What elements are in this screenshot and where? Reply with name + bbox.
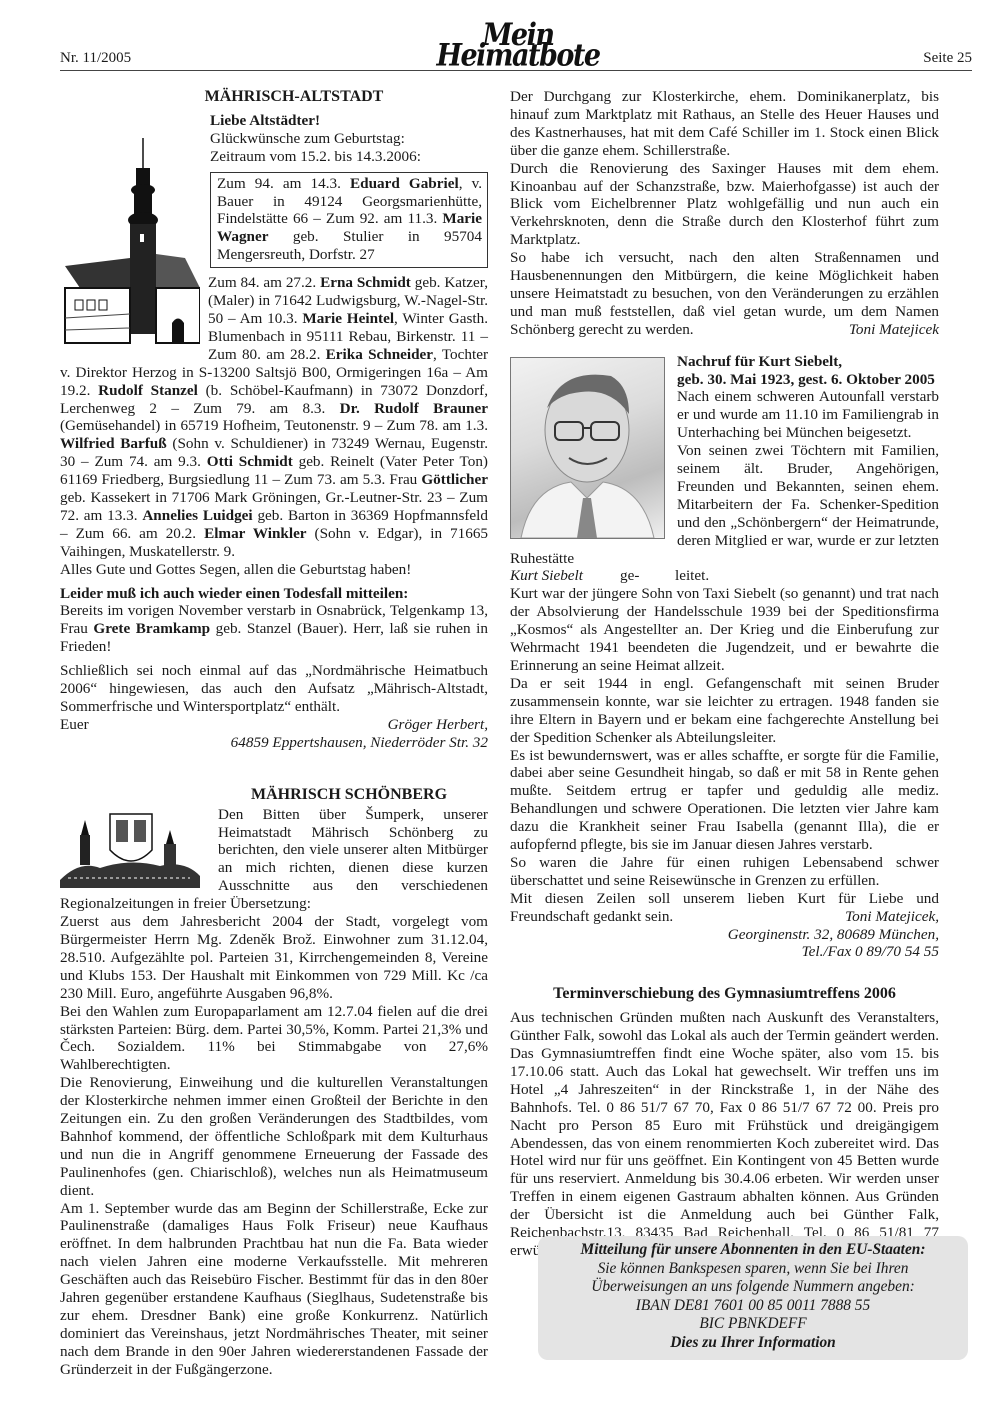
- person-portrait-icon: [511, 358, 664, 538]
- notice-footer: Dies zu Ihrer Information: [538, 1334, 968, 1353]
- author-name: Gröger Herbert,: [388, 716, 488, 734]
- paragraph: Durch die Renovierung des Saxinger Hause…: [510, 160, 939, 250]
- paragraph: Zuerst aus dem Jahresbericht 2004 der St…: [60, 913, 488, 1003]
- iban: IBAN DE81 7601 00 85 0011 7888 55: [538, 1297, 968, 1316]
- notice-title: Mitteilung für unsere Abonnenten in den …: [538, 1241, 968, 1260]
- article-maehrisch-altstadt: MÄHRISCH-ALTSTADT L: [60, 88, 488, 752]
- author-address: Georginenstr. 32, 80689 München,: [510, 926, 939, 944]
- text: Zum 84. am 27.2.: [208, 274, 320, 291]
- masthead-logo: Mein Heimatbote: [428, 25, 608, 66]
- signature-line: EuerGröger Herbert,: [60, 716, 488, 734]
- author-address: 64859 Eppertshausen, Niederröder Str. 32: [60, 734, 488, 752]
- author-phone: Tel./Fax 0 89/70 54 55: [510, 943, 939, 961]
- section-title: Terminverschiebung des Gymnasiumtreffens…: [510, 985, 939, 1003]
- bic: BIC PBNKDEFF: [538, 1315, 968, 1334]
- paragraph: Am 1. September wurde das am Beginn der …: [60, 1200, 488, 1379]
- church-icon: [60, 138, 200, 348]
- article-continuation: Der Durchgang zur Klosterkirche, ehem. D…: [510, 88, 939, 339]
- death-notice-heading: Leider muß ich auch wieder einen Todesfa…: [60, 585, 488, 603]
- greeting-block: Liebe Altstädter! Glückwünsche zum Gebur…: [210, 112, 488, 268]
- caption-line: Kurt Siebelt ge- leitet.: [510, 567, 939, 585]
- article-obituary: Nachruf für Kurt Siebelt, geb. 30. Mai 1…: [510, 353, 939, 962]
- right-column: Der Durchgang zur Klosterkirche, ehem. D…: [510, 88, 939, 1278]
- person-name: Otti Schmidt: [207, 453, 293, 470]
- paragraph: So waren die Jahre für einen ruhigen Leb…: [510, 854, 939, 890]
- photo-caption: Kurt Siebelt: [510, 567, 620, 585]
- section-title: MÄHRISCH-ALTSTADT: [100, 88, 488, 106]
- person-name: Marie Heintel: [302, 310, 394, 327]
- person-name: Dr. Rudolf Brauner: [340, 400, 488, 417]
- person-name: Annelies Luidgei: [142, 507, 252, 524]
- greeting: Liebe Altstädter!: [210, 112, 488, 130]
- article-gymnasium-meeting: Terminverschiebung des Gymnasiumtreffens…: [510, 985, 939, 1277]
- paragraph: Aus technischen Gründen mußten nach Ausk…: [510, 1009, 939, 1260]
- portrait-photo: [510, 357, 665, 539]
- person-name: Erna Schmidt: [320, 274, 411, 291]
- intro-period: Zeitraum vom 15.2. bis 14.3.2006:: [210, 148, 488, 166]
- salutation: Euer: [60, 716, 89, 734]
- closing-paragraph: Schließlich sei noch einmal auf das „Nor…: [60, 662, 488, 716]
- death-notice: Bereits im vorigen November verstarb in …: [60, 602, 488, 656]
- person-name: Göttlicher: [421, 471, 488, 488]
- paragraph: Der Durchgang zur Klosterkirche, ehem. D…: [510, 88, 939, 160]
- highlighted-birthdays-box: Zum 94. am 14.3. Eduard Gabriel, v. Baue…: [210, 172, 488, 269]
- subscriber-notice-box: Mitteilung für unsere Abonnenten in den …: [538, 1236, 968, 1360]
- left-column: MÄHRISCH-ALTSTADT L: [60, 88, 488, 1379]
- paragraph: Es ist bewundernswert, was er alles scha…: [510, 747, 939, 854]
- notice-line: Überweisungen an uns folgende Nummern an…: [538, 1278, 968, 1297]
- text: leitet.: [675, 567, 709, 585]
- church-illustration: [60, 138, 200, 348]
- section-title: MÄHRISCH SCHÖNBERG: [210, 786, 488, 804]
- person-name: Elmar Winkler: [204, 525, 307, 542]
- town-crest-illustration: [60, 810, 210, 890]
- issue-number: Nr. 11/2005: [60, 50, 131, 68]
- hyphen-fragment: ge-: [620, 567, 675, 585]
- person-name: Eduard Gabriel: [350, 175, 459, 192]
- paragraph: Da er seit 1944 in engl. Gefangenschaft …: [510, 675, 939, 747]
- paragraph: Bei den Wahlen zum Europaparlament am 12…: [60, 1003, 488, 1075]
- paragraph: Die Renovierung, Einweihung und die kult…: [60, 1074, 488, 1199]
- blessing: Alles Gute und Gottes Segen, allen die G…: [60, 561, 488, 579]
- text: Zum 94. am 14.3.: [217, 175, 350, 192]
- paragraph: Kurt war der jüngere Sohn von Taxi Siebe…: [510, 585, 939, 675]
- person-name: Rudolf Stanzel: [98, 382, 198, 399]
- intro-line: Glückwünsche zum Geburtstag:: [210, 130, 488, 148]
- town-skyline-crest-icon: [60, 810, 200, 890]
- text: (Gemüsehandel) in 65719 Hofheim, Teutone…: [60, 417, 488, 434]
- person-name: Erika Schneider: [326, 346, 433, 363]
- page-header: Nr. 11/2005 Mein Heimatbote Seite 25: [60, 28, 972, 71]
- article-maehrisch-schoenberg: MÄHRISCH SCHÖNBERG Den Bitten über Šumpe…: [60, 786, 488, 1379]
- notice-line: Sie können Bankspesen sparen, wenn Sie b…: [538, 1260, 968, 1279]
- person-name: Wilfried Barfuß: [60, 435, 167, 452]
- page-number: Seite 25: [923, 50, 972, 68]
- person-name: Grete Bramkamp: [93, 620, 210, 637]
